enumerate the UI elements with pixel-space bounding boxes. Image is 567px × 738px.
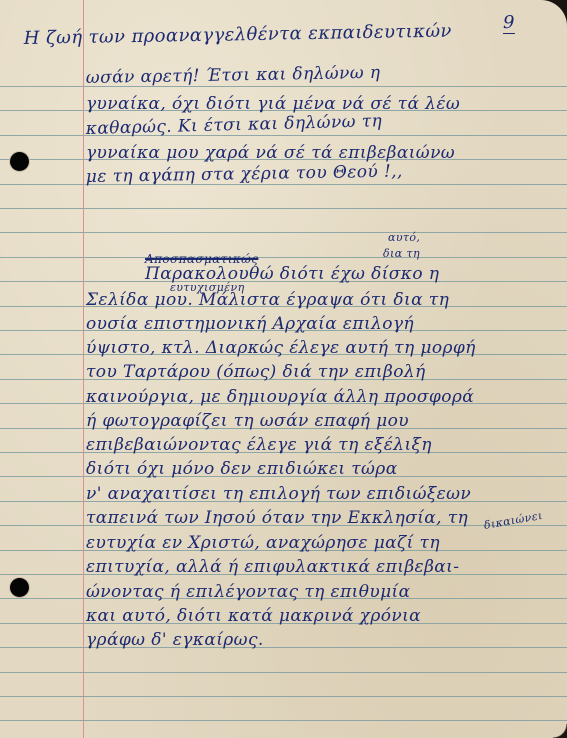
page-header: Η ζωή των προαναγγελθέντα εκπαιδευτικών (24, 23, 452, 48)
text-line: και αυτό, διότι κατά μακρινά χρόνια (86, 608, 421, 625)
ruled-line (0, 208, 567, 209)
text-line: Σελίδα μου. Μάλιστα έγραψα ότι δια τη (86, 292, 449, 309)
ruled-line (0, 696, 567, 697)
page-number: 9 (503, 14, 515, 34)
text-line: ύψιστο, κτλ. Διαρκώς έλεγε αυτή τη μορφή (86, 340, 476, 357)
punch-hole-top (10, 152, 29, 171)
text-line: του Ταρτάρου (όπως) διά την επιβολή (86, 364, 426, 381)
text-line: με τη αγάπη στα χέρια του Θεού !,, (86, 163, 403, 186)
text-line: γυναίκα μου χαρά νά σέ τά επιβεβαιώνω (86, 145, 455, 162)
insertion-above: αυτό, (388, 232, 420, 243)
text-line: ταπεινά των Ιησού όταν την Εκκλησία, τη (86, 510, 468, 527)
text-line: καινούργια, με δημιουργία άλλη προσφορά (86, 389, 474, 406)
ruled-line (0, 257, 567, 258)
text-line: ν' αναχαιτίσει τη επιλογή των επιδιώξεων (86, 486, 471, 503)
text-line: ευτυχία εν Χριστώ, αναχώρησε μαζί τη (86, 535, 440, 552)
text-line: γυναίκα, όχι διότι γιά μένα νά σέ τά λέω (86, 96, 460, 113)
ruled-line (0, 232, 567, 233)
punch-hole-bottom (10, 578, 29, 597)
margin-line (83, 0, 84, 738)
text-line: επιτυχία, αλλά ή επιφυλακτικά επιβεβαι- (86, 559, 459, 576)
text-line: ωσάν αρετή! Έτσι και δηλώνω η (86, 65, 381, 87)
text-line: ή φωτογραφίζει τη ωσάν επαφή μου (86, 413, 409, 430)
text-line: γράφω δ' εγκαίρως. (86, 632, 264, 649)
page-corner (553, 724, 567, 738)
ruled-line (0, 672, 567, 673)
insertion-above: δια τη (383, 248, 420, 259)
text-line: επιβεβαιώνοντας έλεγε γιά τη εξέλιξη (86, 437, 432, 454)
ruled-line (0, 720, 567, 721)
text-line: Παρακολουθώ διότι έχω δίσκο η (145, 266, 439, 283)
manuscript-page: Η ζωή των προαναγγελθέντα εκπαιδευτικών … (0, 0, 567, 738)
text-line: ώνοντας ή επιλέγοντας τη επιθυμία (86, 584, 410, 601)
text-line: διότι όχι μόνο δεν επιδιώκει τώρα (86, 461, 398, 478)
text-line: ουσία επιστημονική Αρχαία επιλογή (86, 316, 414, 333)
margin-insert: δικαιώνει (483, 510, 543, 531)
